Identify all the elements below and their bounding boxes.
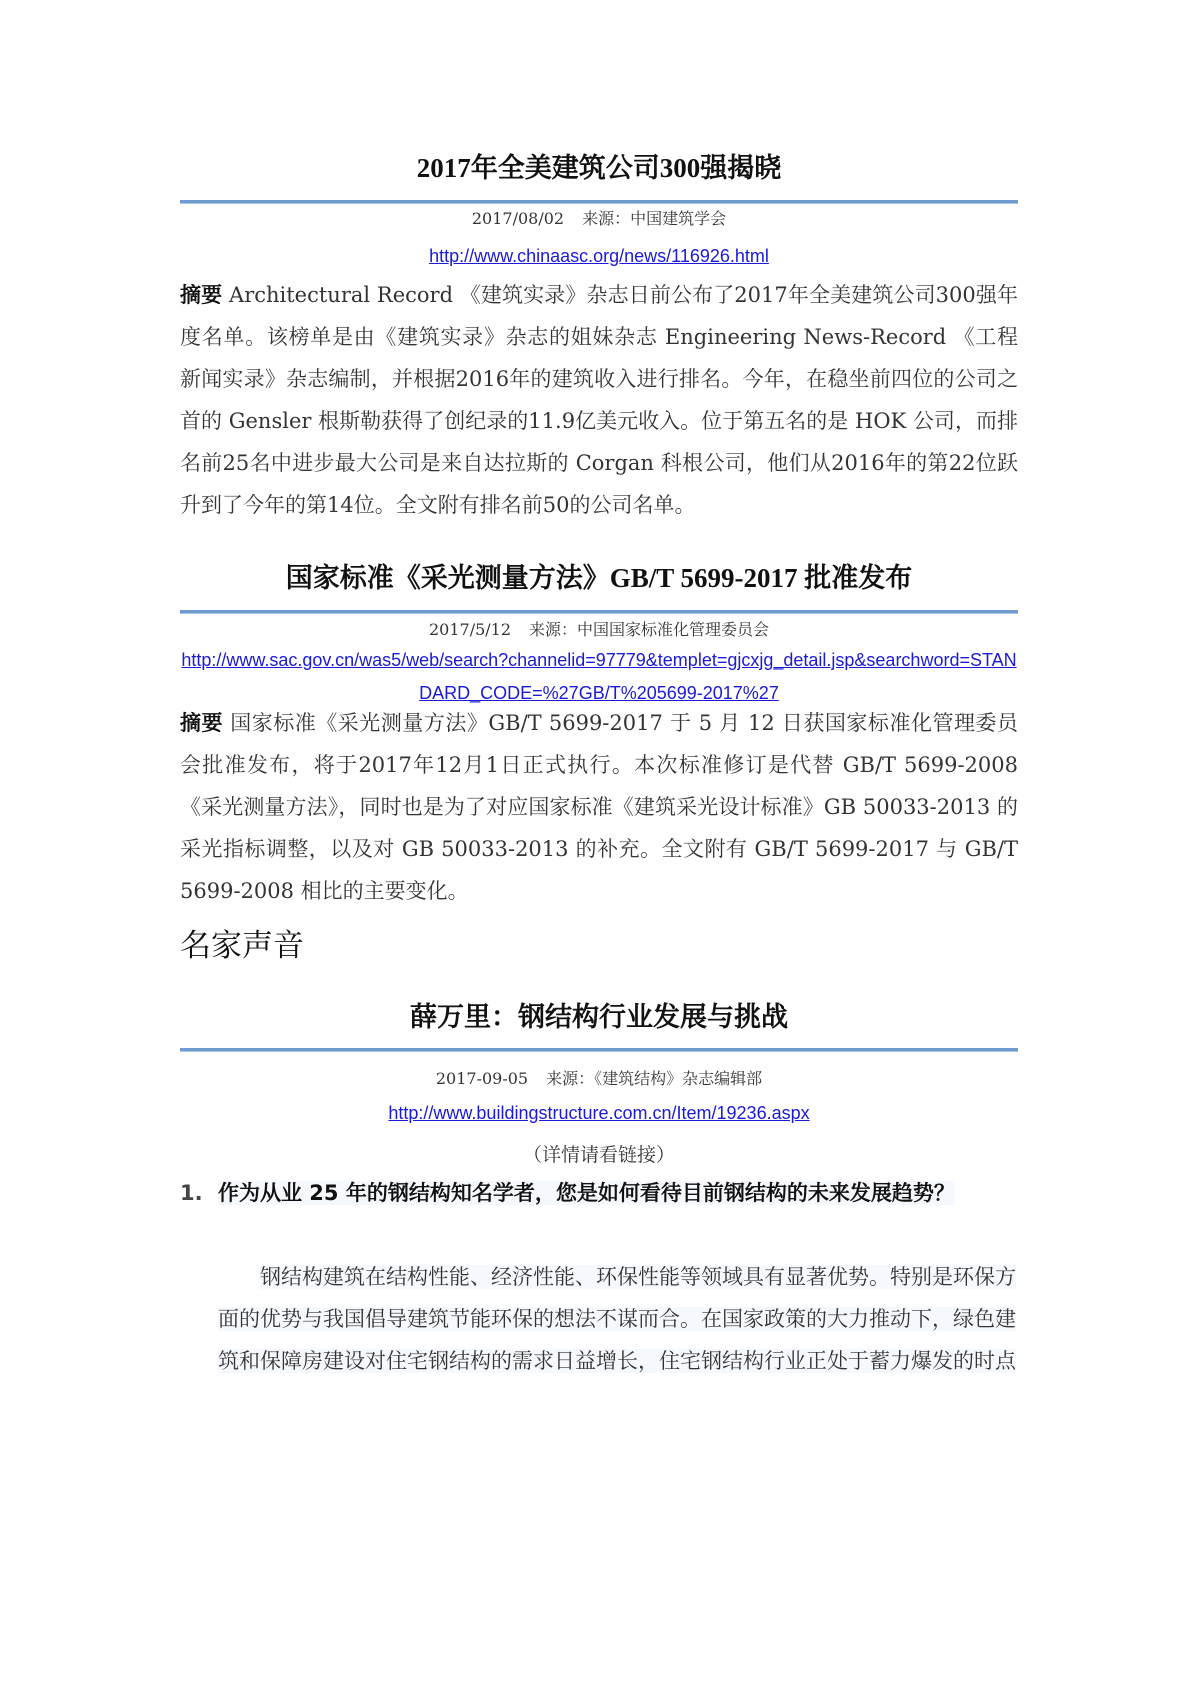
divider — [180, 610, 1018, 614]
interview-answer: 钢结构建筑在结构性能、经济性能、环保性能等领域具有显著优势。特别是环保方面的优势… — [218, 1256, 1018, 1382]
article-date: 2017/5/12 — [429, 620, 511, 639]
question-text: 作为从业 25 年的钢结构知名学者，您是如何看待目前钢结构的未来发展趋势？ — [218, 1181, 955, 1205]
article-source: 来源：中国建筑学会 — [582, 209, 726, 228]
article-title: 2017年全美建筑公司300强揭晓 — [180, 146, 1018, 185]
interview-date: 2017-09-05 — [436, 1069, 528, 1088]
article-meta: 2017/08/02来源：中国建筑学会 — [180, 206, 1018, 229]
interview-link[interactable]: http://www.buildingstructure.com.cn/Item… — [180, 1097, 1018, 1130]
abstract-text: 国家标准《采光测量方法》GB/T 5699-2017 于 5 月 12 日获国家… — [180, 711, 1018, 903]
article-date: 2017/08/02 — [472, 209, 564, 228]
abstract-label: 摘要 — [180, 710, 223, 735]
article-link[interactable]: http://www.chinaasc.org/news/116926.html — [180, 240, 1018, 273]
interview-meta: 2017-09-05来源：《建筑结构》杂志编辑部 — [180, 1066, 1018, 1089]
article-title: 国家标准《采光测量方法》GB/T 5699-2017 批准发布 — [180, 556, 1018, 595]
article-abstract: 摘要 Architectural Record 《建筑实录》杂志日前公布了201… — [180, 274, 1018, 526]
interview-title: 薛万里：钢结构行业发展与挑战 — [180, 995, 1018, 1034]
section-heading: 名家声音 — [180, 920, 304, 965]
article-link[interactable]: http://www.sac.gov.cn/was5/web/search?ch… — [180, 644, 1018, 710]
answer-text: 钢结构建筑在结构性能、经济性能、环保性能等领域具有显著优势。特别是环保方面的优势… — [218, 1265, 1016, 1373]
interview-source: 来源：《建筑结构》杂志编辑部 — [546, 1069, 762, 1088]
article-source: 来源：中国国家标准化管理委员会 — [529, 620, 769, 639]
interview-question: 1. 作为从业 25 年的钢结构知名学者，您是如何看待目前钢结构的未来发展趋势？ — [180, 1172, 1018, 1256]
article-meta: 2017/5/12来源：中国国家标准化管理委员会 — [180, 617, 1018, 640]
question-number: 1. — [180, 1172, 203, 1214]
article-abstract: 摘要 国家标准《采光测量方法》GB/T 5699-2017 于 5 月 12 日… — [180, 702, 1018, 912]
divider — [180, 200, 1018, 204]
abstract-label: 摘要 — [180, 282, 222, 307]
abstract-text: Architectural Record 《建筑实录》杂志日前公布了2017年全… — [180, 283, 1018, 517]
interview-note: （详情请看链接） — [180, 1140, 1018, 1167]
divider — [180, 1048, 1018, 1052]
